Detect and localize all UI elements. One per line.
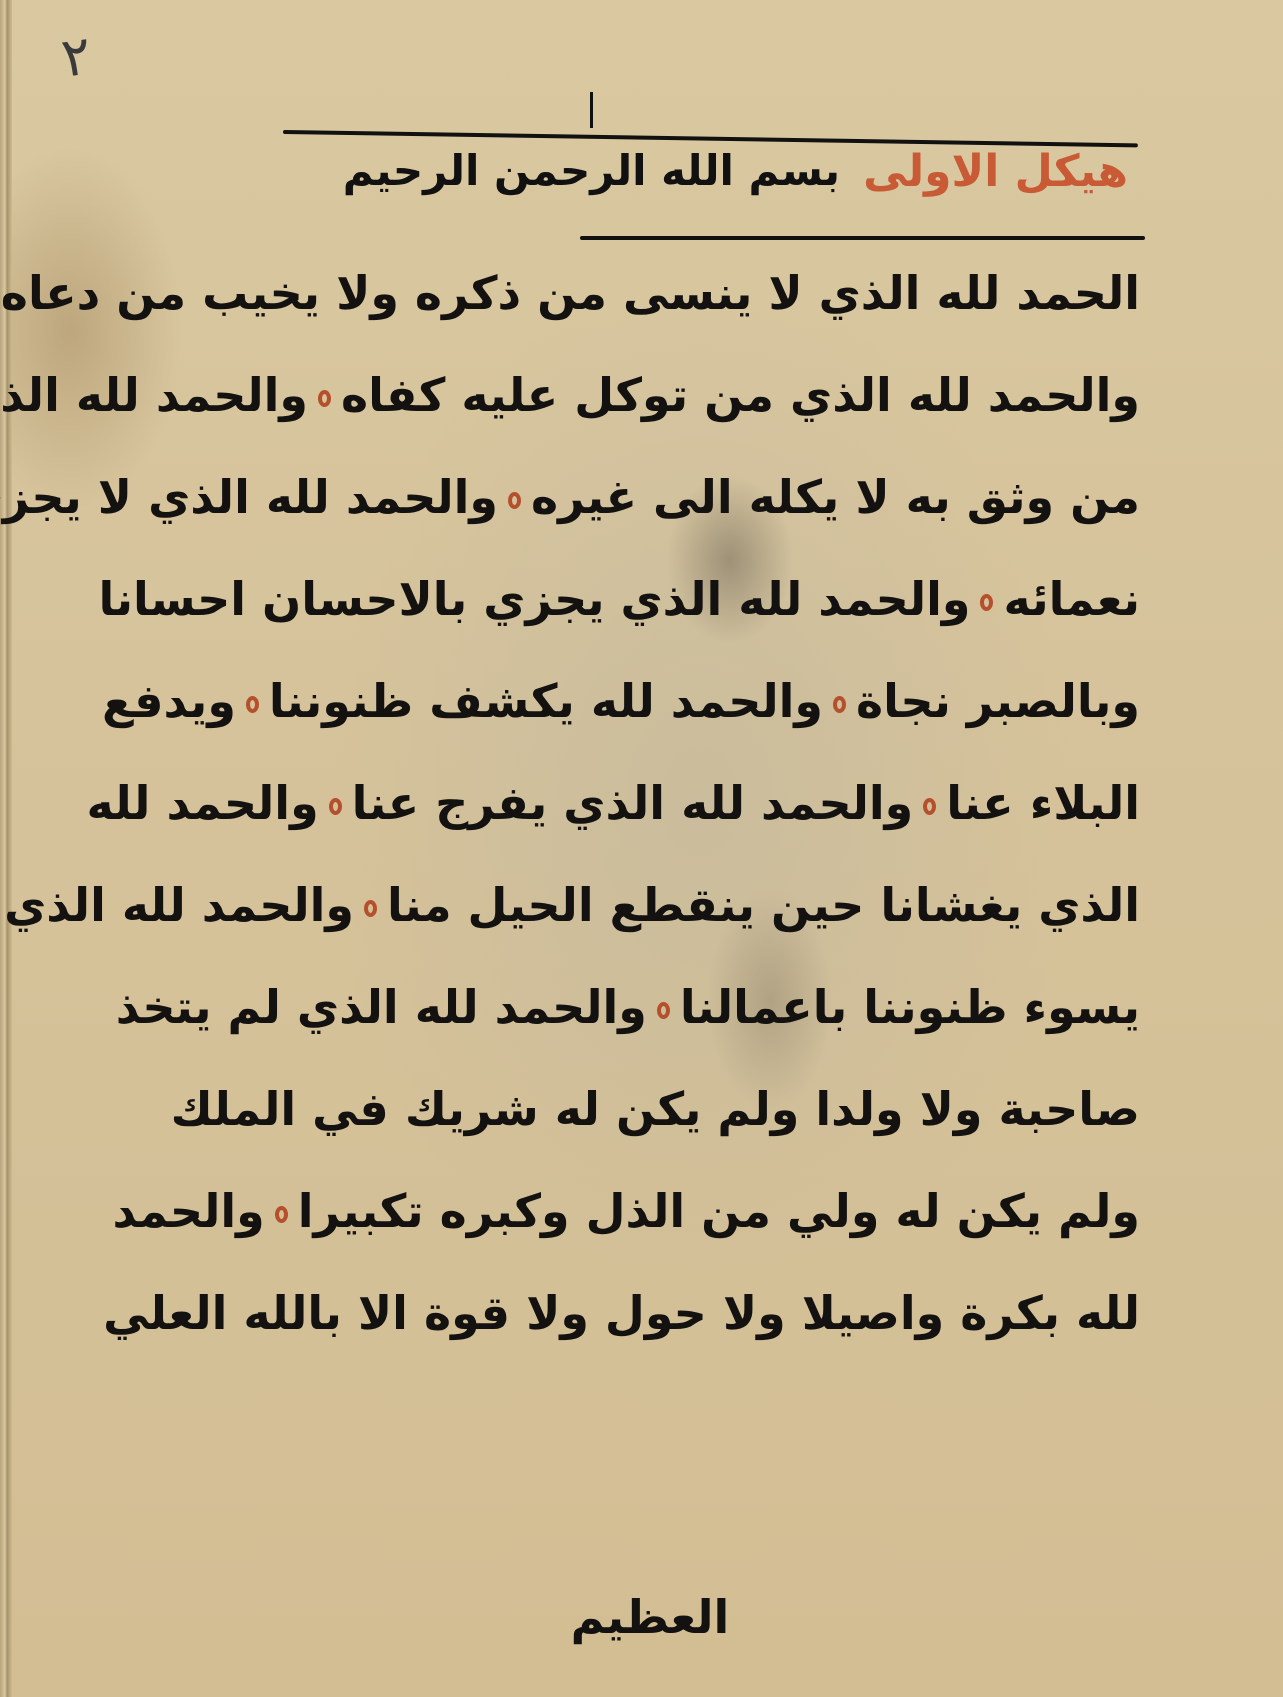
verse-marker-icon [657, 1002, 670, 1019]
text-segment: الذي يغشانا حين ينقطع الحيل منا [387, 878, 1140, 932]
verse-marker-icon [329, 798, 342, 815]
page-marker-stroke [590, 92, 593, 128]
text-segment: والحمد لله الذي من توكل عليه كفاه [341, 368, 1140, 422]
basmala: بسم الله الرحمن الرحيم [343, 146, 840, 195]
final-word: العظيم [560, 1590, 740, 1644]
text-segment: والحمد لله يكشف ظنوننا [269, 674, 823, 728]
text-line: البلاء عناوالحمد لله الذي يفرج عناوالحمد… [240, 752, 1140, 854]
text-line: صاحبة ولا ولدا ولم يكن له شريك في الملك [240, 1058, 1140, 1160]
verse-marker-icon [923, 798, 936, 815]
text-segment: الحمد لله الذي لا ينسى من ذكره ولا يخيب … [1, 266, 1140, 320]
text-line: نعمائهوالحمد لله الذي يجزي بالاحسان احسا… [240, 548, 1140, 650]
rubric-heading: هيكل الاولى [863, 146, 1128, 197]
text-segment: والحمد لله الذي يفرج عنا [352, 776, 914, 830]
text-segment: لله بكرة واصيلا ولا حول ولا قوة الا بالل… [103, 1286, 1140, 1340]
text-segment: من وثق به لا يكله الى غيره [531, 470, 1140, 524]
text-segment: والحمد [113, 1184, 265, 1238]
text-line: ولم يكن له ولي من الذل وكبره تكبيراوالحم… [240, 1160, 1140, 1262]
text-segment: ويدفع [102, 674, 236, 728]
text-segment: والحمد لله [87, 776, 319, 830]
verse-marker-icon [833, 696, 846, 713]
manuscript-text-block: الحمد لله الذي لا ينسى من ذكره ولا يخيب … [240, 242, 1140, 1364]
text-segment: صاحبة ولا ولدا ولم يكن له شريك في الملك [171, 1082, 1140, 1136]
text-line: يسوء ظنوننا باعمالناوالحمد لله الذي لم ي… [240, 956, 1140, 1058]
text-line: الحمد لله الذي لا ينسى من ذكره ولا يخيب … [240, 242, 1140, 344]
verse-marker-icon [980, 594, 993, 611]
text-line: لله بكرة واصيلا ولا حول ولا قوة الا بالل… [240, 1262, 1140, 1364]
text-segment: والحمد لله الذي لم يتخذ [116, 980, 647, 1034]
verse-marker-icon [508, 492, 521, 509]
text-segment: نعمائه [1003, 572, 1140, 626]
text-segment: والحمد لله الذي [0, 368, 308, 422]
text-segment: وبالصبر نجاة [856, 674, 1140, 728]
text-line: الذي يغشانا حين ينقطع الحيل مناوالحمد لل… [240, 854, 1140, 956]
text-segment: ولم يكن له ولي من الذل وكبره تكبيرا [298, 1184, 1140, 1238]
text-segment: والحمد لله الذي لا يجزي [0, 470, 498, 524]
verse-marker-icon [364, 900, 377, 917]
text-segment: والحمد لله الذي يجزي بالاحسان احسانا [98, 572, 970, 626]
verse-marker-icon [275, 1206, 288, 1223]
text-line: من وثق به لا يكله الى غيرهوالحمد لله الذ… [240, 446, 1140, 548]
verse-marker-icon [246, 696, 259, 713]
text-line: وبالصبر نجاةوالحمد لله يكشف ظنونناويدفع [240, 650, 1140, 752]
text-segment: يسوء ظنوننا باعمالنا [680, 980, 1140, 1034]
verse-marker-icon [318, 390, 331, 407]
header-rule-bottom [580, 236, 1145, 240]
text-line: والحمد لله الذي من توكل عليه كفاهوالحمد … [240, 344, 1140, 446]
folio-number: ٢ [58, 28, 94, 86]
text-segment: والحمد لله الذي [4, 878, 354, 932]
text-segment: البلاء عنا [946, 776, 1140, 830]
header: هيكل الاولى بسم الله الرحمن الرحيم [270, 140, 1140, 235]
